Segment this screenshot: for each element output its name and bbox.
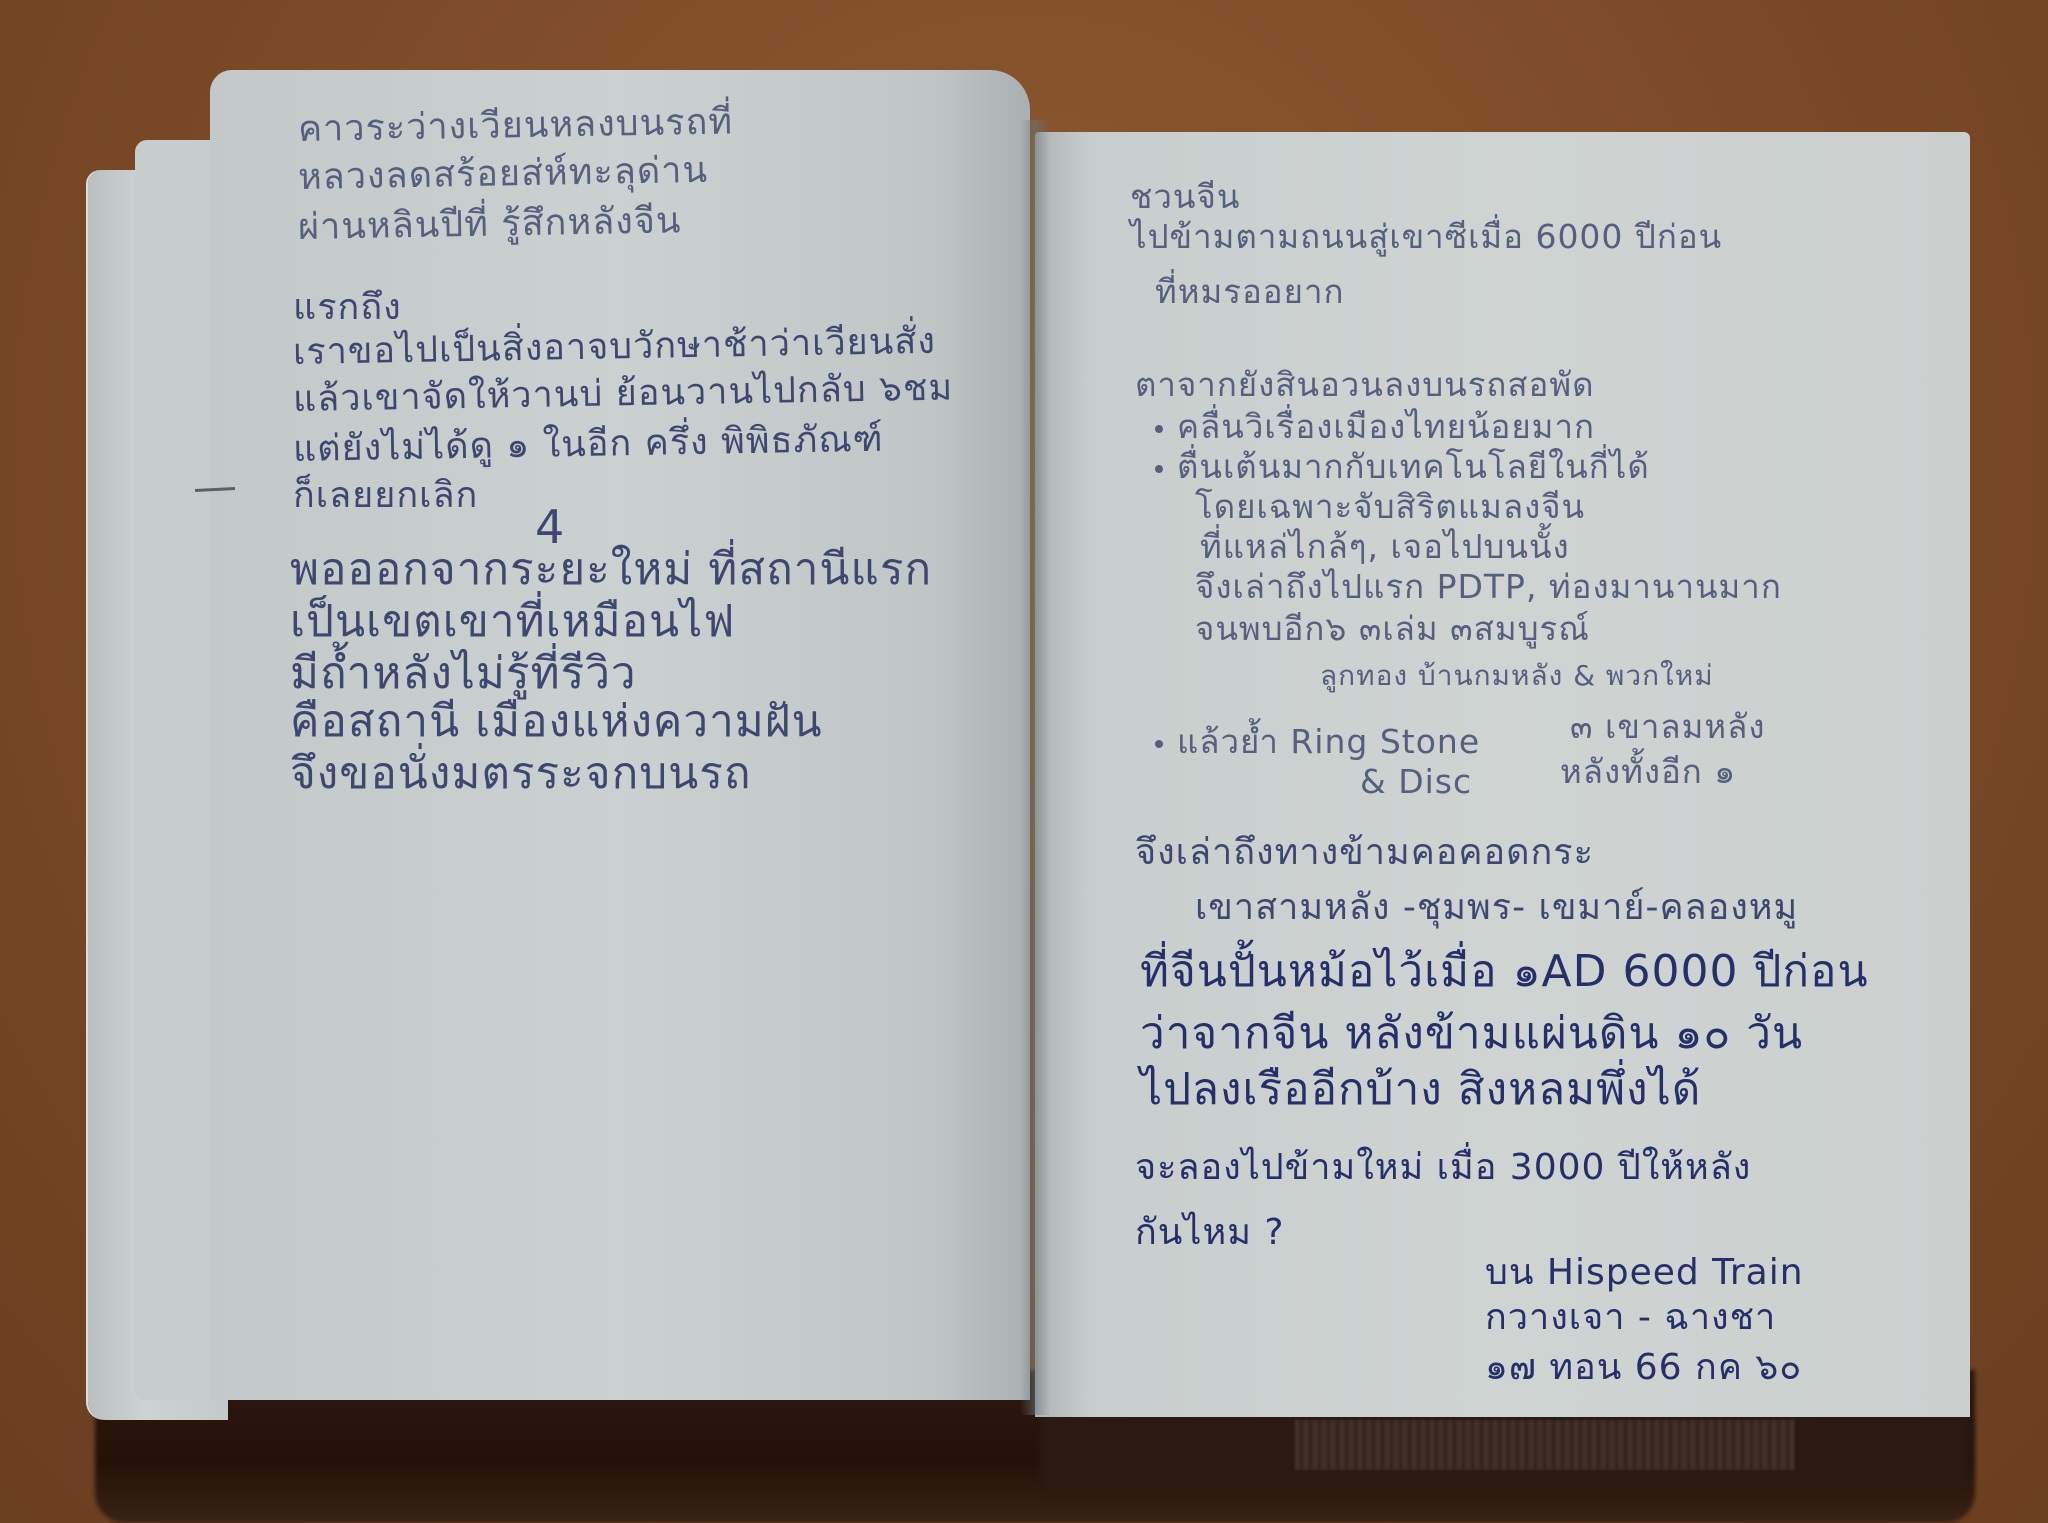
handwritten-line: ลูกทอง บ้านกมหลัง & พวกใหม่ — [1320, 662, 1714, 690]
signature-line: บน Hispeed Train — [1485, 1255, 1804, 1291]
signature-date: ๑๗ ทอน 66 กค ๖๐ — [1485, 1350, 1802, 1386]
book-gutter — [1020, 120, 1050, 1415]
handwritten-line: ที่แหล่ไกล้ๆ, เจอไปบนนั้ง — [1200, 530, 1570, 563]
notebook-photo: คาวระว่างเวียนหลงบนรถที่ หลวงลดสร้อยส่ห์… — [0, 0, 2048, 1523]
handwritten-line: ก็เลยยกเลิก — [293, 478, 478, 514]
handwritten-line: ที่หมรออยาก — [1155, 275, 1344, 308]
handwritten-line: เป็นเขตเขาที่เหมือนไฟ — [290, 600, 735, 644]
bullet-dot — [1155, 465, 1163, 473]
handwritten-line: ไปลงเรืออีกบ้าง สิงหลมพึ่งได้ — [1140, 1068, 1701, 1112]
handwritten-line: ว่าจากจีน หลังข้ามแผ่นดิน ๑๐ วัน — [1140, 1012, 1803, 1056]
handwritten-question: กันไหม ? — [1135, 1215, 1285, 1251]
bullet-text: ตื่นเต้นมากกับเทคโนโลยีในกี่ได้ — [1177, 447, 1650, 486]
page-edge-strip — [1295, 1420, 1795, 1470]
handwritten-line: เขาสามหลัง -ชุมพร- เขมาย์-คลองหมู — [1195, 890, 1798, 926]
handwritten-line: จนพบอีก๖ ๓เล่ม ๓สมบูรณ์ — [1195, 612, 1590, 645]
handwritten-line: ไปข้ามตามถนนสู่เขาซีเมื่อ 6000 ปีก่อน — [1130, 220, 1722, 253]
handwritten-line: คือสถานี เมืองแห่งความฝัน — [290, 700, 823, 744]
handwritten-line: พอออกจากระยะใหม่ ที่สถานีแรก — [290, 548, 932, 592]
handwritten-line: มีถ้ำหลังไม่รู้ที่รีวิว — [290, 652, 637, 696]
handwritten-line: ที่จีนปั้นหม้อไว้เมื่อ ๑AD 6000 ปีก่อน — [1140, 950, 1869, 994]
bullet-dot — [1155, 425, 1163, 433]
bullet-item: คลื่นวิเรื่องเมืองไทยน้อยมาก — [1155, 410, 1595, 443]
handwritten-line: & Disc — [1360, 765, 1472, 798]
bullet-text: แล้วย้ำ Ring Stone — [1177, 722, 1480, 761]
handwritten-heading: ชวนจีน — [1130, 180, 1240, 213]
handwritten-line: แต่ยังไม่ได้ดู ๑ ในอีก ครึ่ง พิพิธภัณฑ์ — [293, 422, 884, 468]
handwritten-line: จึงขอนั่งมตรระจกบนรถ — [290, 752, 752, 796]
signature-line: กวางเจา - ฉางชา — [1485, 1300, 1776, 1336]
handwritten-question: จะลองไปข้ามใหม่ เมื่อ 3000 ปีให้หลัง — [1135, 1150, 1751, 1186]
handwritten-heading: แรกถึง — [293, 290, 402, 326]
handwritten-line: หลังทั้งอีก ๑ — [1560, 755, 1736, 788]
handwritten-section-title: ตาจากยังสินอวนลงบนรถสอพัด — [1135, 368, 1595, 401]
handwritten-line: ๓ เขาลมหลัง — [1570, 710, 1765, 743]
handwritten-line: คาวระว่างเวียนหลงบนรถที่ — [298, 104, 734, 148]
bullet-text: คลื่นวิเรื่องเมืองไทยน้อยมาก — [1177, 407, 1595, 446]
bullet-item: แล้วย้ำ Ring Stone — [1155, 725, 1480, 758]
handwritten-line: หลวงลดสร้อยส่ห์ทะลุด่าน — [298, 153, 709, 196]
handwritten-line: จึงเล่าถึงทางข้ามคอคอดกระ — [1135, 835, 1594, 871]
handwritten-line: จึงเล่าถึงไปแรก PDTP, ท่องมานานมาก — [1195, 570, 1782, 603]
bullet-item: ตื่นเต้นมากกับเทคโนโลยีในกี่ได้ — [1155, 450, 1650, 483]
handwritten-line: โดยเฉพาะจับสิริตแมลงจีน — [1195, 490, 1585, 523]
handwritten-line: ผ่านหลินปีที่ รู้สึกหลังจีน — [298, 203, 682, 246]
bullet-dot — [1155, 740, 1163, 748]
